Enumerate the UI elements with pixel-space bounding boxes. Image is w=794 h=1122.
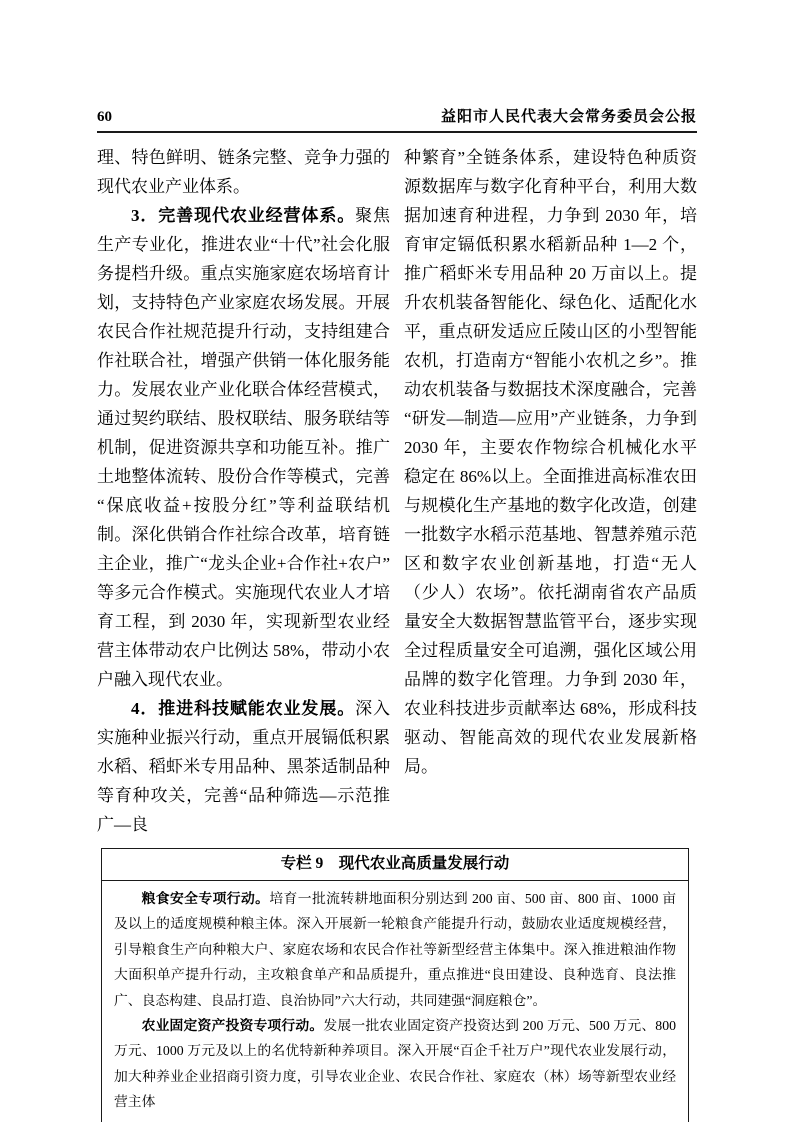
column-right: 种繁育”全链条体系，建设特色种质资源数据库与数字化育种平台，利用大数据加速育种进… (404, 143, 697, 839)
page-number: 60 (97, 108, 112, 126)
box-paragraph-fixed-asset-investment: 农业固定资产投资专项行动。发展一批农业固定资产投资达到 200 万元、500 万… (114, 1013, 676, 1115)
body-columns: 理、特色鲜明、链条完整、竞争力强的现代农业产业体系。 3．完善现代农业经营体系。… (97, 143, 697, 839)
running-header: 60 益阳市人民代表大会常务委员会公报 (97, 108, 697, 126)
feature-box-title: 专栏 9 现代农业高质量发展行动 (102, 849, 688, 881)
feature-box-column-9: 专栏 9 现代农业高质量发展行动 粮食安全专项行动。培育一批流转耕地面积分别达到… (101, 848, 689, 1122)
box-paragraph-grain-security: 粮食安全专项行动。培育一批流转耕地面积分别达到 200 亩、500 亩、800 … (114, 886, 676, 1013)
paragraph-text: 理、特色鲜明、链条完整、竞争力强的现代农业产业体系。 (97, 148, 390, 196)
paragraph-text: 聚焦生产专业化，推进农业“十代”社会化服务提档升级。重点实施家庭农场培育计划，支… (97, 206, 390, 689)
paragraph-lead-bold: 4．推进科技赋能农业发展。 (131, 699, 355, 718)
feature-box-body: 粮食安全专项行动。培育一批流转耕地面积分别达到 200 亩、500 亩、800 … (102, 881, 688, 1122)
paragraph-lead-bold: 粮食安全专项行动。 (142, 891, 270, 906)
publication-title: 益阳市人民代表大会常务委员会公报 (441, 108, 697, 126)
paragraph-lead-bold: 农业固定资产投资专项行动。 (142, 1018, 324, 1033)
paragraph-lead-bold: 3．完善现代农业经营体系。 (131, 206, 355, 225)
document-page: 60 益阳市人民代表大会常务委员会公报 理、特色鲜明、链条完整、竞争力强的现代农… (0, 0, 794, 1122)
paragraph-item-3: 3．完善现代农业经营体系。聚焦生产专业化，推进农业“十代”社会化服务提档升级。重… (97, 201, 390, 694)
paragraph-text: 培育一批流转耕地面积分别达到 200 亩、500 亩、800 亩、1000 亩及… (114, 891, 676, 1008)
paragraph-text: 深入实施种业振兴行动，重点开展镉低积累水稻、稻虾米专用品种、黑茶适制品种等育种攻… (97, 699, 390, 834)
paragraph-continued-from-left-column: 种繁育”全链条体系，建设特色种质资源数据库与数字化育种平台，利用大数据加速育种进… (404, 143, 697, 781)
paragraph-item-4: 4．推进科技赋能农业发展。深入实施种业振兴行动，重点开展镉低积累水稻、稻虾米专用… (97, 694, 390, 839)
paragraph-continued-from-previous-page: 理、特色鲜明、链条完整、竞争力强的现代农业产业体系。 (97, 143, 390, 201)
header-rule (97, 131, 697, 133)
paragraph-text: 种繁育”全链条体系，建设特色种质资源数据库与数字化育种平台，利用大数据加速育种进… (404, 148, 697, 776)
column-left: 理、特色鲜明、链条完整、竞争力强的现代农业产业体系。 3．完善现代农业经营体系。… (97, 143, 390, 839)
